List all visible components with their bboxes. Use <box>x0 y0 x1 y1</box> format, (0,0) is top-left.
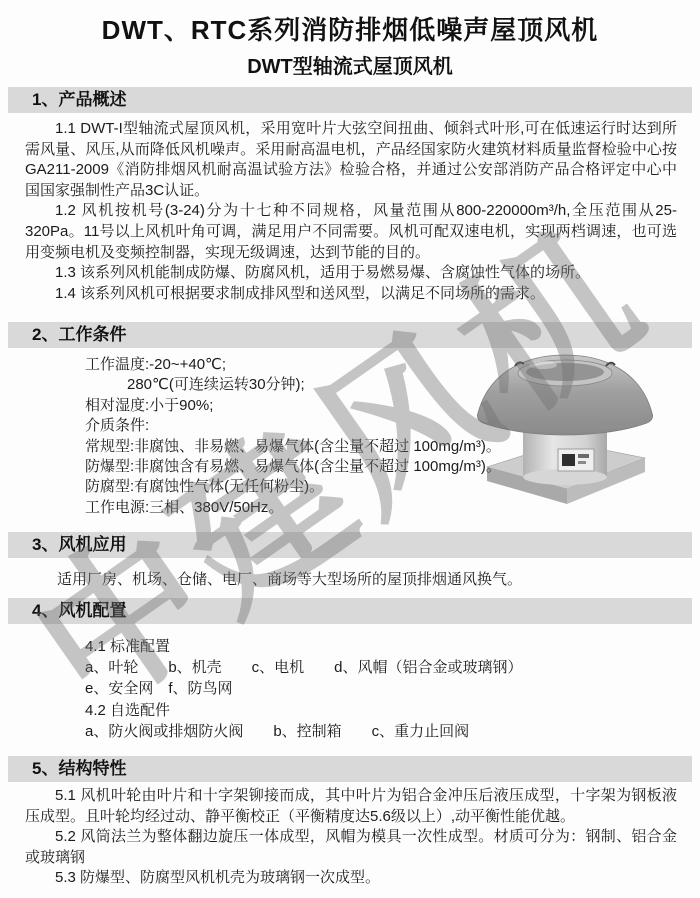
section-heading-5: 5、结构特性 <box>8 756 692 782</box>
optional-config-title: 4.2 自选配件 <box>85 700 665 721</box>
standard-type-line: 常规型:非腐蚀、非易燃、易爆气体(含尘量不超过 100mg/m³)。 <box>85 437 595 457</box>
explosion-proof-type-line: 防爆型:非腐蚀含有易燃、易爆气体(含尘量不超过 100mg/m³)。 <box>85 457 595 477</box>
section-heading-4: 4、风机配置 <box>8 598 692 624</box>
document-page: DWT、RTC系列消防排烟低噪声屋顶风机 DWT型轴流式屋顶风机 1、产品概述 … <box>0 0 700 898</box>
section-heading-3: 3、风机应用 <box>8 532 692 558</box>
medium-condition-line: 介质条件: <box>85 416 595 436</box>
section-2-body: 工作温度:-20~+40℃; 280℃(可连续运转30分钟); 相对湿度:小于9… <box>85 355 595 518</box>
page-title: DWT、RTC系列消防排烟低噪声屋顶风机 <box>0 10 700 47</box>
section-heading-2: 2、工作条件 <box>8 322 692 348</box>
section-heading-1: 1、产品概述 <box>8 87 692 113</box>
paragraph-1-1: 1.1 DWT-I型轴流式屋顶风机，采用宽叶片大弦空间扭曲、倾斜式叶形,可在低速… <box>25 119 677 201</box>
paragraph-1-4: 1.4 该系列风机可根据要求制成排风型和送风型，以满足不同场所的需求。 <box>25 284 677 305</box>
power-supply-line: 工作电源:三相、380V/50Hz。 <box>85 498 595 518</box>
work-temperature-line: 工作温度:-20~+40℃; <box>85 355 595 375</box>
standard-config-items-1: a、叶轮 b、机壳 c、电机 d、风帽（铝合金或玻璃钢） <box>85 657 665 678</box>
page-subtitle: DWT型轴流式屋顶风机 <box>0 50 700 79</box>
optional-config-items: a、防火阀或排烟防火阀 b、控制箱 c、重力止回阀 <box>85 721 665 742</box>
section-1-body: 1.1 DWT-I型轴流式屋顶风机，采用宽叶片大弦空间扭曲、倾斜式叶形,可在低速… <box>25 119 677 304</box>
paragraph-1-3: 1.3 该系列风机能制成防爆、防腐风机，适用于易燃易爆、含腐蚀性气体的场所。 <box>25 263 677 284</box>
paragraph-5-2: 5.2 风筒法兰为整体翻边旋压一体成型，风帽为模具一次性成型。材质可分为：钢制、… <box>25 827 677 868</box>
paragraph-5-1: 5.1 风机叶轮由叶片和十字架铆接而成，其中叶片为铝合金冲压后液压成型，十字架为… <box>25 786 677 827</box>
standard-config-items-2: e、安全网 f、防鸟网 <box>85 678 665 699</box>
section-4-body: 4.1 标准配置 a、叶轮 b、机壳 c、电机 d、风帽（铝合金或玻璃钢） e、… <box>85 636 665 742</box>
anti-corrosion-type-line: 防腐型:有腐蚀性气体(无任何粉尘)。 <box>85 477 595 497</box>
section-3-body: 适用厂房、机场、仓储、电厂、商场等大型场所的屋顶排烟通风换气。 <box>57 570 677 591</box>
relative-humidity-line: 相对湿度:小于90%; <box>85 396 595 416</box>
paragraph-1-2: 1.2 风机按机号(3-24)分为十七种不同规格，风量范围从800-220000… <box>25 201 677 263</box>
application-line: 适用厂房、机场、仓储、电厂、商场等大型场所的屋顶排烟通风换气。 <box>57 570 677 591</box>
paragraph-5-3: 5.3 防爆型、防腐型风机机壳为玻璃钢一次成型。 <box>25 868 677 889</box>
work-temperature-line-2: 280℃(可连续运转30分钟); <box>85 375 595 395</box>
standard-config-title: 4.1 标准配置 <box>85 636 665 657</box>
section-5-body: 5.1 风机叶轮由叶片和十字架铆接而成，其中叶片为铝合金冲压后液压成型，十字架为… <box>25 786 677 889</box>
